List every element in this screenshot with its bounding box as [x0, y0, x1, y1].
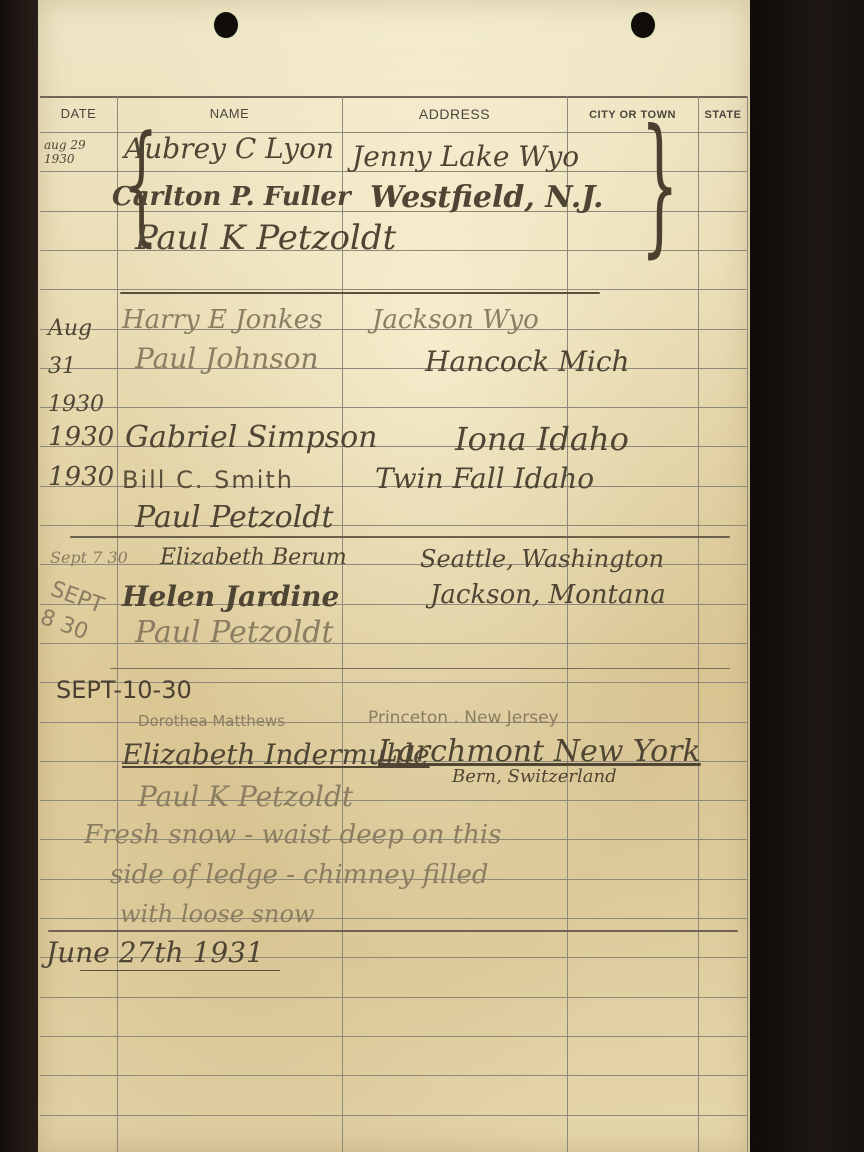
- brace-close-icon: }: [641, 110, 679, 260]
- entry-address: Hancock Mich: [425, 345, 630, 378]
- column-divider-date: [117, 96, 118, 1152]
- row-rule: [40, 1036, 748, 1037]
- note-date-underline: [80, 970, 280, 971]
- note-line: Fresh snow - waist deep on this: [84, 820, 502, 850]
- column-divider-address: [567, 96, 568, 1152]
- entry-name: Paul Johnson: [135, 342, 319, 375]
- binder-hole-left: [214, 12, 238, 38]
- entry-date: 1930: [48, 462, 114, 492]
- binder-hole-right: [631, 12, 655, 38]
- column-header-date: DATE: [40, 106, 117, 126]
- entry-address: Westfield, N.J.: [370, 180, 604, 215]
- entry-name: Paul Petzoldt: [135, 615, 334, 650]
- entry-date: Sept 7 30: [50, 548, 128, 567]
- note-line: with loose snow: [120, 900, 314, 928]
- row-rule: [40, 289, 748, 290]
- note-separator-line: [48, 930, 738, 932]
- entry-address: Jackson, Montana: [430, 580, 666, 610]
- entry-separator-line: [70, 536, 730, 538]
- entry-name: Harry E Jonkes: [122, 305, 323, 335]
- dark-backdrop-right: [750, 0, 864, 1152]
- entry-name: Dorothea Matthews: [138, 712, 285, 730]
- column-header-address: ADDRESS: [342, 106, 567, 126]
- column-divider-state: [747, 96, 748, 1152]
- row-rule: [40, 1075, 748, 1076]
- entry-address: Jackson Wyo: [372, 305, 539, 335]
- entry-address: Princeton . New Jersey: [368, 708, 559, 728]
- column-header-state: STATE: [698, 109, 748, 129]
- entry-date: 1930: [48, 422, 114, 452]
- dark-backdrop-left: [0, 0, 40, 1152]
- entry-name: Helen Jardine: [122, 580, 339, 613]
- entry-name: Paul K Petzoldt: [138, 780, 353, 813]
- row-rule: [40, 407, 748, 408]
- entry-date: aug 29 1930: [44, 138, 104, 166]
- entry-address: Twin Fall Idaho: [375, 462, 594, 495]
- entry-name: Bill C. Smith: [122, 466, 294, 494]
- note-date: June 27th 1931: [46, 936, 264, 969]
- entry-address: Iona Idaho: [455, 420, 629, 458]
- row-rule: [40, 997, 748, 998]
- entry-address: Larchmont New York: [378, 734, 701, 769]
- entry-name: Paul Petzoldt: [135, 500, 334, 535]
- entry-name: Gabriel Simpson: [125, 420, 377, 455]
- entry-name: Aubrey C Lyon: [124, 132, 334, 165]
- entry-date: Aug 31 1930: [48, 310, 108, 424]
- entry-date: SEPT-10-30: [56, 676, 192, 704]
- entry-address: Jenny Lake Wyo: [352, 140, 579, 173]
- entry-name: Elizabeth Berum: [160, 545, 347, 570]
- entry-address: Seattle, Washington: [420, 545, 664, 573]
- entry-separator-line: [120, 292, 600, 294]
- entry-address: Bern, Switzerland: [452, 766, 617, 787]
- entry-name: Paul K Petzoldt: [135, 218, 396, 258]
- entry-name: Carlton P. Fuller: [112, 182, 351, 212]
- row-rule: [40, 1115, 748, 1116]
- entry-separator-line: [110, 668, 730, 669]
- note-line: side of ledge - chimney filled: [110, 860, 489, 890]
- column-divider-city: [698, 96, 699, 1152]
